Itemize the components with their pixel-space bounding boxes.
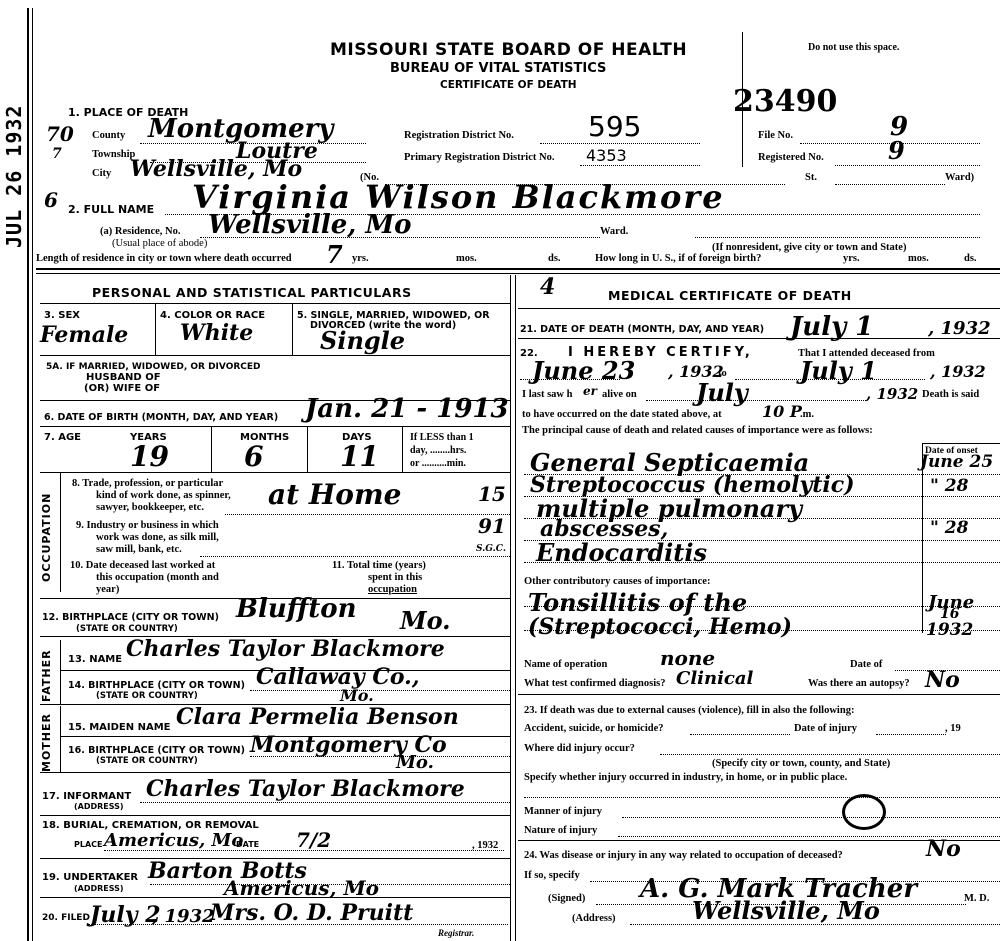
primary-registration-value: 4353 <box>586 146 627 165</box>
operation-label: Name of operation <box>524 659 607 670</box>
where-injury-label: Where did injury occur? <box>524 743 635 754</box>
autopsy-value: No <box>925 667 960 693</box>
age-label: 7. AGE <box>44 432 81 443</box>
length-yrs-label: yrs. <box>352 253 369 264</box>
trade-label-2: kind of work done, as spinner, <box>96 490 231 501</box>
attended-to-value: July 1 <box>800 356 877 385</box>
less-hrs-label: day, ........hrs. <box>410 445 466 456</box>
occupation-side-label: OCCUPATION <box>40 482 53 582</box>
undertaker-label: 19. UNDERTAKER <box>42 872 138 883</box>
mother-birthplace-state: Mo. <box>396 752 434 773</box>
registration-district-label: Registration District No. <box>404 130 514 141</box>
received-date-stamp: JUL 26 1932 <box>2 98 26 248</box>
form-title: MISSOURI STATE BOARD OF HEALTH <box>330 40 687 60</box>
margin-note-1: 70 <box>46 122 74 146</box>
physician-address: Wellsville, Mo <box>692 896 880 925</box>
industry-label-2: work was done, as silk mill, <box>96 532 219 543</box>
registered-no-label: Registered No. <box>758 152 824 163</box>
injury-date-label: Date of injury <box>794 723 857 734</box>
left-border-inner <box>32 8 33 941</box>
trade-label-1: 8. Trade, profession, or particular <box>72 478 223 489</box>
time-suffix: .m. <box>800 409 814 420</box>
ward-label: Ward) <box>945 172 974 183</box>
sex-value: Female <box>40 322 128 348</box>
trade-label-3: sawyer, bookkeeper, etc. <box>96 502 204 513</box>
spouse-label-3: (OR) WIFE OF <box>84 383 160 394</box>
last-worked-label-1: 10. Date deceased last worked at <box>70 560 215 571</box>
burial-year: , 1932 <box>472 840 498 851</box>
age-days-value: 11 <box>340 440 379 473</box>
age-months-value: 6 <box>244 440 263 473</box>
father-side-label: FATHER <box>40 642 53 702</box>
last-saw-value: July <box>696 378 748 407</box>
filed-year: , 1932 <box>152 906 215 927</box>
informant-address-label: (ADDRESS) <box>74 802 124 811</box>
st-label: St. <box>805 172 817 183</box>
father-name-label: 13. NAME <box>68 654 122 665</box>
test-value: Clinical <box>676 668 753 689</box>
nature-label: Nature of injury <box>524 825 597 836</box>
time-of-death-value: 10 P <box>762 402 802 421</box>
total-time-label-3: occupation <box>368 584 417 595</box>
last-saw-pronoun: er <box>583 384 597 398</box>
spouse-label-2: HUSBAND OF <box>86 372 161 383</box>
length-residence-years: 7 <box>326 240 343 269</box>
md-label: M. D. <box>964 893 989 904</box>
manner-mark <box>842 794 886 830</box>
filed-label: 20. FILED <box>42 913 90 923</box>
registration-district-value: 595 <box>588 110 641 143</box>
certificate-number: 23490 <box>733 84 837 119</box>
if-so-label: If so, specify <box>524 870 580 881</box>
father-birthplace-value: Callaway Co., <box>256 664 420 690</box>
less-than-label: If LESS than 1 <box>410 432 474 443</box>
external-causes-label: 23. If death was due to external causes … <box>524 705 854 716</box>
industry-code: 91 <box>478 514 506 538</box>
burial-place-value: Americus, Mo <box>104 830 243 851</box>
age-years-value: 19 <box>130 440 169 473</box>
other-cause-1: Tonsillitis of the <box>528 588 747 617</box>
trade-value: at Home <box>268 478 401 511</box>
last-saw-label: I last saw h <box>522 389 572 400</box>
test-label: What test confirmed diagnosis? <box>524 678 665 689</box>
marital-value: Single <box>320 326 405 355</box>
birthplace-label: 12. BIRTHPLACE (CITY OR TOWN) <box>42 612 219 623</box>
length-mos-label: mos. <box>456 253 477 264</box>
sex-label: 3. SEX <box>44 310 80 321</box>
informant-label: 17. INFORMANT <box>42 791 131 802</box>
industry-label-3: saw mill, bank, etc. <box>96 544 182 555</box>
nonresident-note: (If nonresident, give city or town and S… <box>712 242 906 253</box>
birthplace-state: Mo. <box>400 606 451 635</box>
attended-to-year: , 1932 <box>930 362 986 381</box>
margin-note-2: 7 <box>52 146 62 162</box>
total-time-label-1: 11. Total time (years) <box>332 560 426 571</box>
mother-birthplace-label: 16. BIRTHPLACE (CITY OR TOWN) <box>68 745 245 756</box>
residence-label: (a) Residence, No. <box>100 226 180 237</box>
form-certificate-title: CERTIFICATE OF DEATH <box>440 79 577 91</box>
margin-note-4: 4 <box>540 274 555 300</box>
file-no-label: File No. <box>758 130 793 141</box>
specify-city-note: (Specify city or town, county, and State… <box>712 758 890 769</box>
occupation-related-value: No <box>926 836 961 862</box>
cause-5: Endocarditis <box>536 538 707 567</box>
alive-on-label: alive on <box>602 389 637 400</box>
primary-registration-label: Primary Registration District No. <box>404 152 554 163</box>
birthplace-sublabel: (STATE OR COUNTRY) <box>76 624 178 634</box>
spouse-label: 5A. IF MARRIED, WIDOWED, OR DIVORCED <box>46 362 261 372</box>
other-cause-3-onset: 1932 <box>926 620 973 640</box>
race-value: White <box>180 320 253 346</box>
total-time-label-2: spent in this <box>368 572 422 583</box>
foreign-mos-label: mos. <box>908 253 929 264</box>
dob-value: Jan. 21 - 1913 <box>305 394 509 424</box>
accident-label: Accident, suicide, or homicide? <box>524 723 664 734</box>
injury-year: , 19 <box>945 723 961 734</box>
filed-date: July 2 <box>90 902 161 928</box>
burial-date-value: 7/2 <box>296 828 331 852</box>
informant-value: Charles Taylor Blackmore <box>146 776 465 802</box>
industry-label-1: 9. Industry or business in which <box>76 520 219 531</box>
attended-from-value: June 23 <box>532 356 635 385</box>
father-name-value: Charles Taylor Blackmore <box>126 636 445 662</box>
full-name-label: 2. FULL NAME <box>68 203 154 216</box>
do-not-use-label: Do not use this space. <box>808 42 899 53</box>
birthplace-value: Bluffton <box>236 594 357 624</box>
length-residence-label: Length of residence in city or town wher… <box>36 253 292 264</box>
father-birthplace-sublabel: (STATE OR COUNTRY) <box>96 691 198 701</box>
margin-note-3: 6 <box>44 188 58 212</box>
medical-section-title: MEDICAL CERTIFICATE OF DEATH <box>608 288 852 303</box>
mother-maiden-name-value: Clara Permelia Benson <box>176 704 459 730</box>
mother-maiden-name-label: 15. MAIDEN NAME <box>68 722 170 733</box>
father-birthplace-state: Mo. <box>340 686 374 705</box>
less-min-label: or ..........min. <box>410 458 466 469</box>
foreign-ds-label: ds. <box>964 253 977 264</box>
occupation-related-label: 24. Was disease or injury in any way rel… <box>524 850 843 861</box>
burial-date-label: DATE <box>236 840 259 849</box>
cause-1-onset: June 25 <box>920 452 993 472</box>
registered-no-value: 9 <box>888 136 905 165</box>
other-cause-3: (Streptococci, Hemo) <box>528 614 792 640</box>
father-birthplace-label: 14. BIRTHPLACE (CITY OR TOWN) <box>68 680 245 691</box>
operation-date-label: Date of <box>850 659 882 670</box>
residence-ward-label: Ward. <box>600 226 628 237</box>
registrar-label: Registrar. <box>438 928 474 938</box>
last-worked-label-2: this occupation (month and <box>96 572 219 583</box>
foreign-birth-label: How long in U. S., if of foreign birth? <box>595 253 761 264</box>
other-causes-label: Other contributory causes of importance: <box>524 576 710 587</box>
cause-2-onset: " 28 <box>930 476 968 496</box>
left-border <box>27 8 29 941</box>
form-subtitle: BUREAU OF VITAL STATISTICS <box>390 61 606 76</box>
city-label: City <box>92 168 111 179</box>
signed-label: (Signed) <box>548 893 585 904</box>
foreign-yrs-label: yrs. <box>843 253 860 264</box>
occurred-label: to have occurred on the date stated abov… <box>522 409 722 420</box>
mother-side-label: MOTHER <box>40 708 53 772</box>
burial-place-label: PLACE <box>74 840 103 849</box>
date-of-death-label: 21. DATE OF DEATH (MONTH, DAY, AND YEAR) <box>520 324 764 335</box>
manner-label: Manner of injury <box>524 806 602 817</box>
industry-code-2: S.G.C. <box>476 544 506 554</box>
autopsy-label: Was there an autopsy? <box>808 678 910 689</box>
length-ds-label: ds. <box>548 253 561 264</box>
undertaker-address-label: (ADDRESS) <box>74 884 124 893</box>
last-worked-label-3: year) <box>96 584 119 595</box>
principal-cause-label: The principal cause of death and related… <box>522 425 873 436</box>
dob-label: 6. DATE OF BIRTH (MONTH, DAY, AND YEAR) <box>44 412 278 423</box>
operation-value: none <box>660 646 715 670</box>
county-label: County <box>92 130 125 141</box>
registrar-name: Mrs. O. D. Pruitt <box>210 900 413 926</box>
center-divider <box>510 275 511 941</box>
personal-section-title: PERSONAL AND STATISTICAL PARTICULARS <box>92 285 412 300</box>
specify-where-label: Specify whether injury occurred in indus… <box>524 772 847 783</box>
physician-address-label: (Address) <box>572 913 616 924</box>
residence-value: Wellsville, Mo <box>208 210 412 240</box>
township-label: Township <box>92 149 135 160</box>
last-saw-year: , 1932 <box>866 385 918 403</box>
death-said-label: Death is said <box>922 389 979 400</box>
trade-code: 15 <box>478 482 506 506</box>
residence-sublabel: (Usual place of abode) <box>112 238 207 249</box>
cause-4-onset: " 28 <box>930 518 968 538</box>
date-of-death-year: , 1932 <box>928 318 991 339</box>
mother-birthplace-sublabel: (STATE OR COUNTRY) <box>96 756 198 766</box>
